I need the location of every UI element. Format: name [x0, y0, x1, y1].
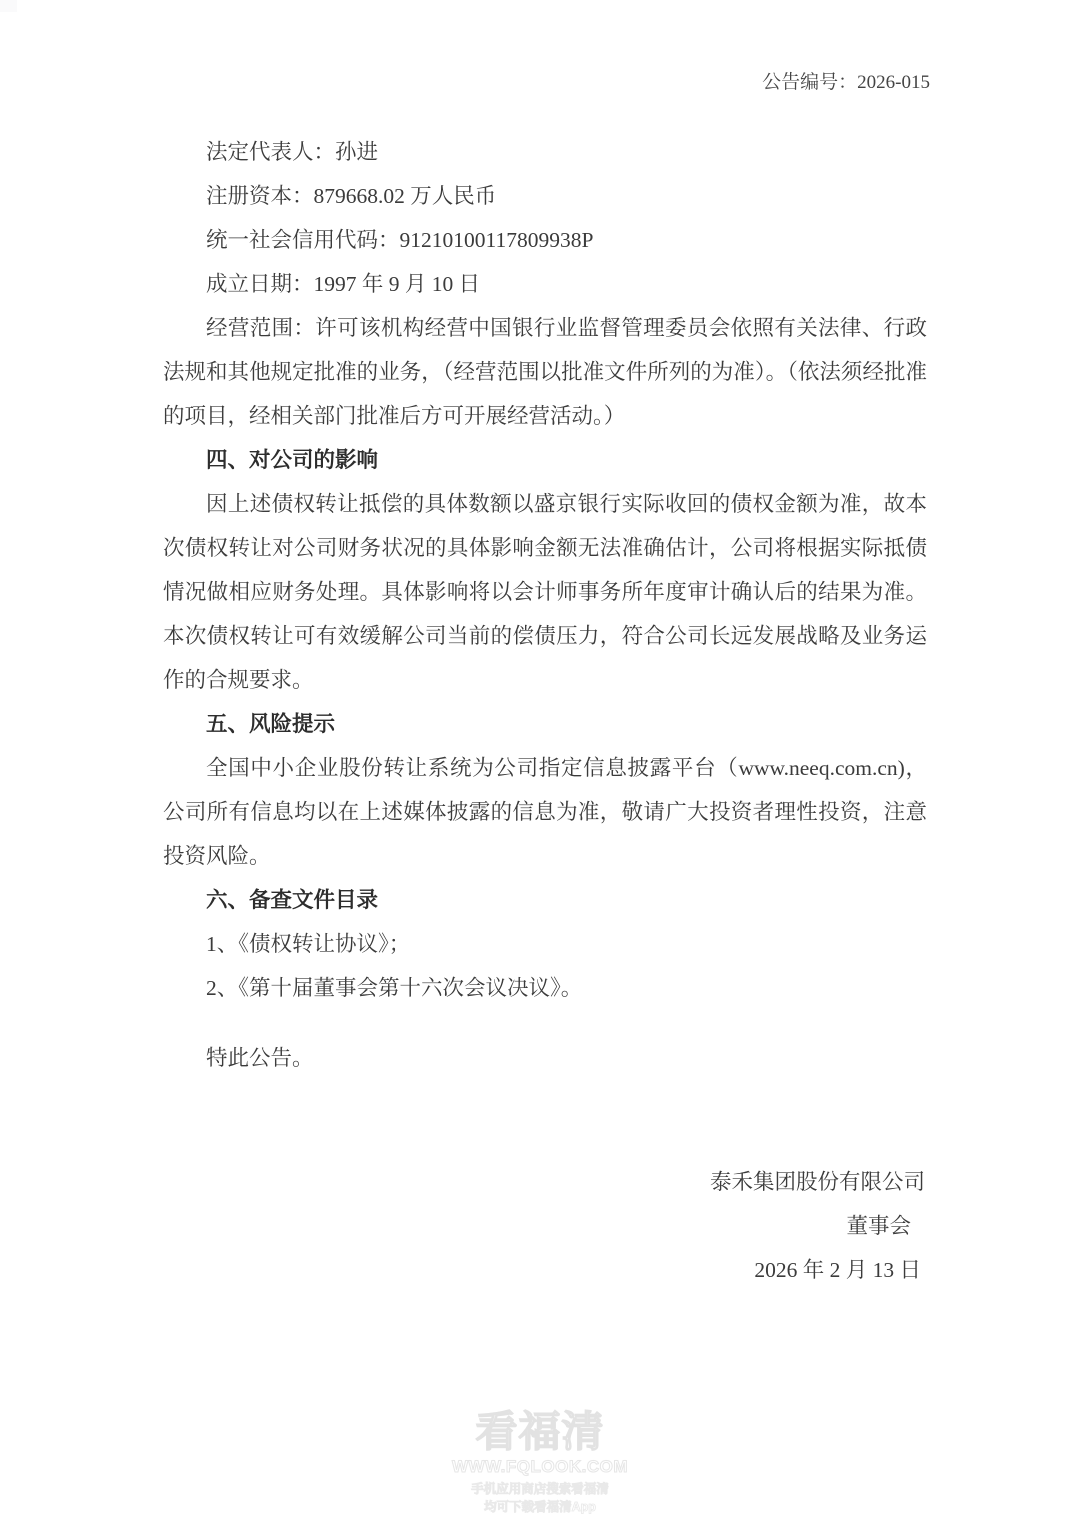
watermark-site-name: 看福清 [0, 1408, 1080, 1456]
scan-corner-artifact [0, 0, 17, 12]
announcement-number: 公告编号：2026-015 [762, 72, 930, 93]
registered-capital-line: 注册资本：879668.02 万人民币 [163, 174, 927, 218]
watermark-app-instruction-1: 手机应用商店搜索看福清 [0, 1481, 1080, 1497]
reference-document-item-1: 1、《债权转让协议》； [163, 922, 927, 966]
site-watermark: 看福清 WWW.FQLOOK.COM 手机应用商店搜索看福清 均可下载看福清Ap… [0, 1408, 1080, 1515]
watermark-app-instruction-2: 均可下载看福清App [0, 1499, 1080, 1515]
section-heading-company-impact: 四、对公司的影响 [163, 438, 927, 482]
credit-code-line: 统一社会信用代码：91210100117809938P [163, 218, 927, 262]
reference-document-item-2: 2、《第十届董事会第十六次会议决议》。 [163, 966, 927, 1010]
establish-date-line: 成立日期：1997 年 9 月 10 日 [163, 262, 927, 306]
legal-representative-line: 法定代表人：孙进 [163, 130, 927, 174]
watermark-site-url: WWW.FQLOOK.COM [0, 1458, 1080, 1476]
closing-statement: 特此公告。 [163, 1036, 927, 1080]
signature-date: 2026 年 2 月 13 日 [163, 1248, 927, 1292]
document-body: 法定代表人：孙进 注册资本：879668.02 万人民币 统一社会信用代码：91… [0, 130, 1080, 1292]
company-impact-paragraph: 因上述债权转让抵偿的具体数额以盛京银行实际收回的债权金额为准，故本次债权转让对公… [163, 482, 927, 702]
document-header: 公告编号：2026-015 [0, 0, 1080, 94]
section-heading-reference-documents: 六、备查文件目录 [163, 878, 927, 922]
risk-notice-paragraph: 全国中小企业股份转让系统为公司指定信息披露平台（www.neeq.com.cn)… [163, 746, 927, 878]
signature-company-name: 泰禾集团股份有限公司 [163, 1160, 927, 1204]
business-scope-paragraph: 经营范围：许可该机构经营中国银行业监督管理委员会依照有关法律、行政法规和其他规定… [163, 306, 927, 438]
signature-block: 泰禾集团股份有限公司 董事会 2026 年 2 月 13 日 [163, 1160, 927, 1292]
announcement-document-page: 公告编号：2026-015 法定代表人：孙进 注册资本：879668.02 万人… [0, 0, 1080, 1527]
signature-board-of-directors: 董事会 [163, 1204, 927, 1248]
section-heading-risk-notice: 五、风险提示 [163, 702, 927, 746]
